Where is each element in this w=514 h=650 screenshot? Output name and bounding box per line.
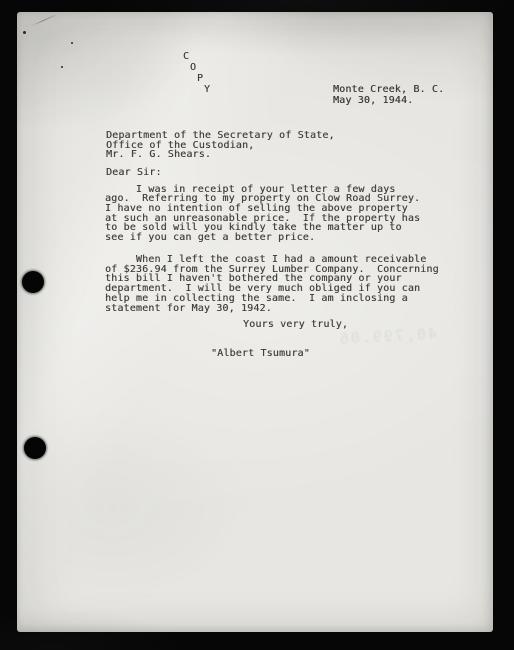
letter-paper: C O P Y Monte Creek, B. C. May 30, 1944.… (17, 12, 493, 632)
ink-speck (71, 42, 73, 44)
recipient-address: Department of the Secretary of State, Of… (106, 131, 335, 160)
copy-stamp-letter-p: P (197, 73, 203, 84)
scanned-letter-page: C O P Y Monte Creek, B. C. May 30, 1944.… (0, 0, 514, 650)
copy-stamp-letter-c: C (183, 51, 189, 62)
copy-stamp-letter-y: Y (204, 84, 210, 95)
paragraph-1: I was in receipt of your letter a few da… (105, 185, 420, 243)
hole-punch-bottom (24, 437, 46, 459)
paragraph-2: When I left the coast I had a amount rec… (105, 255, 439, 313)
scratch-mark (31, 15, 56, 27)
dateline-date: May 30, 1944. (333, 96, 413, 106)
copy-stamp-letter-o: O (190, 62, 196, 73)
signature: "Albert Tsumura" (211, 349, 310, 359)
ink-speck (61, 66, 63, 68)
ink-speck (23, 31, 26, 34)
dateline-place: Monte Creek, B. C. (333, 85, 444, 95)
salutation: Dear Sir: (106, 168, 162, 178)
hole-punch-top (22, 271, 44, 293)
